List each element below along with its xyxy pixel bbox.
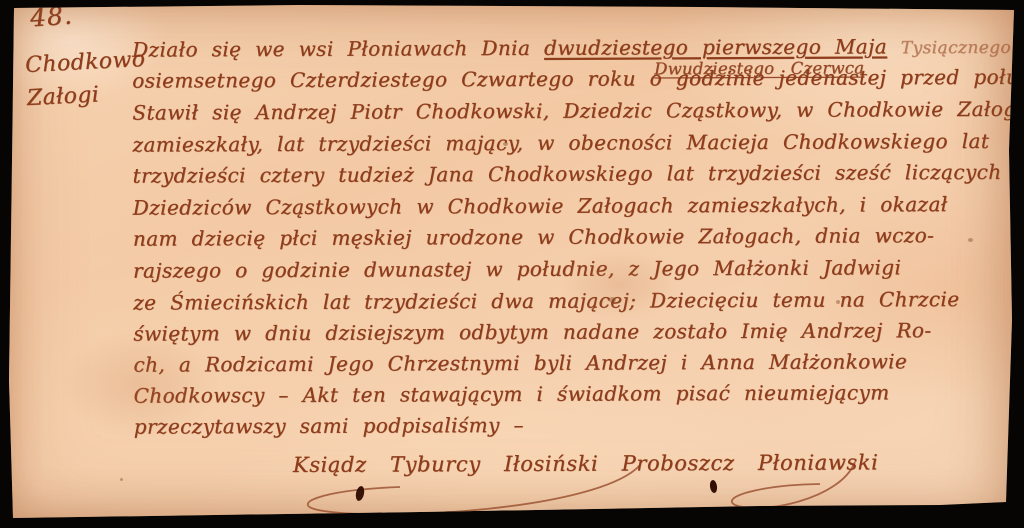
paper-stain — [560, 250, 680, 320]
handwritten-line: świętym w dniu dzisiejszym odbytym nadan… — [133, 318, 931, 345]
priest-signature: Ksiądz Tyburcy Iłosiński Proboszcz Płoni… — [293, 450, 879, 477]
handwritten-line: Chodkowscy – Akt ten stawającym i świadk… — [134, 380, 890, 407]
opening-text: Działo się we wsi Płoniawach Dnia — [132, 36, 544, 62]
paper-stain — [60, 330, 220, 440]
line-end-text: Tysiącznego — [901, 38, 1011, 58]
handwritten-line: osiemsetnego Czterdziestego Czwartego ro… — [132, 65, 1024, 93]
record-body: Działo się we wsi Płoniawach Dnia dwudzi… — [0, 0, 1024, 528]
handwritten-line: trzydzieści cztery tudzież Jana Chodkows… — [133, 160, 1002, 188]
document-photo: 48. Chodkowo Załogi Działo się we wsi Pł… — [0, 0, 1024, 528]
handwritten-line: Działo się we wsi Płoniawach Dnia dwudzi… — [132, 34, 1011, 62]
handwritten-line: nam dziecię płci męskiej urodzone w Chod… — [133, 223, 934, 250]
paper-speck — [120, 478, 123, 481]
struck-date-text: dwudziestego pierwszego Maja — [544, 34, 887, 59]
paper-sheet: 48. Chodkowo Załogi Działo się we wsi Pł… — [0, 0, 1024, 528]
handwritten-line: Dziedziców Cząstkowych w Chodkowie Załog… — [133, 192, 948, 220]
paper-speck — [836, 300, 840, 304]
handwritten-line: rajszego o godzinie dwunastej w południe… — [133, 255, 901, 282]
handwritten-line: Stawił się Andrzej Piotr Chodkowski, Dzi… — [132, 97, 1024, 125]
handwritten-line: zamieszkały, lat trzydzieści mający, w o… — [132, 129, 989, 157]
paper-speck — [503, 142, 508, 146]
handwritten-line: ch, a Rodzicami Jego Chrzestnymi byli An… — [133, 349, 907, 376]
paper-speck — [968, 238, 973, 242]
